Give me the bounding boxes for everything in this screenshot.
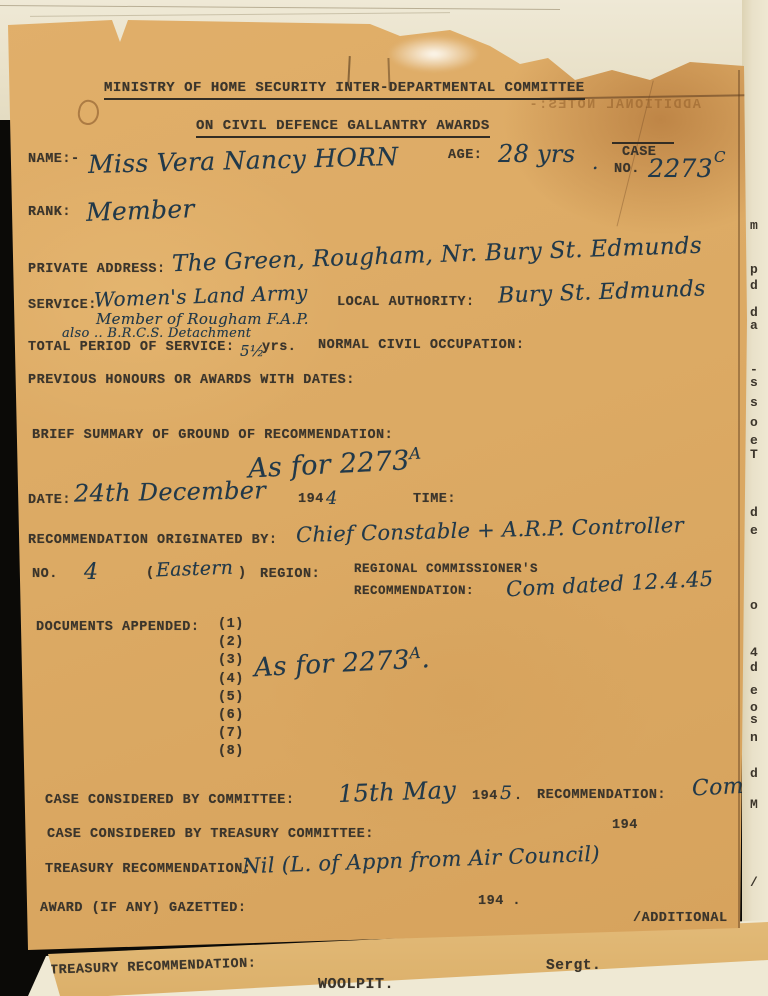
address-label: PRIVATE ADDRESS: <box>28 262 166 277</box>
woolpit-text: WOOLPIT. <box>318 976 394 993</box>
edge-fragment: p <box>750 262 758 277</box>
doc-number: (8) <box>218 743 244 761</box>
committee-year-typed: 194 <box>472 789 498 804</box>
committee-rec-label: RECOMMENDATION: <box>537 788 666 803</box>
treasury-committee-label: CASE CONSIDERED BY TREASURY COMMITTEE: <box>47 827 374 842</box>
additional-note: /ADDITIONAL <box>633 911 728 926</box>
age-value-handwritten: 28 yrs <box>498 140 575 168</box>
edge-fragment: / <box>750 875 758 890</box>
committee-label: CASE CONSIDERED BY COMMITTEE: <box>45 793 294 808</box>
brief-summary-label: BRIEF SUMMARY OF GROUND OF RECOMMENDATIO… <box>32 428 393 443</box>
service-label: SERVICE: <box>28 298 97 313</box>
edge-fragment: d <box>750 766 758 781</box>
documents-value-period: . <box>421 644 431 674</box>
doc-number: (6) <box>218 707 244 725</box>
treasury-committee-year: 194 <box>612 818 638 833</box>
region-paren-close: ) <box>238 566 247 581</box>
time-label: TIME: <box>413 492 456 507</box>
paper-edge-line <box>30 12 450 17</box>
local-authority-value-handwritten: Bury St. Edmunds <box>498 276 706 308</box>
service-value-handwritten: Women's Land Army <box>94 280 308 311</box>
date-value-handwritten: 24th December <box>74 476 267 507</box>
edge-fragment: d <box>750 278 758 293</box>
scanned-document: m p d d a - s s o e T d e o 4 d e o s n … <box>0 0 768 996</box>
committee-date-handwritten: 15th May <box>338 776 457 808</box>
doc-number: (3) <box>218 652 244 670</box>
treasury-rec-value-handwritten: Nil (L. of Appn from Air Council) <box>242 842 601 878</box>
total-period-label: TOTAL PERIOD OF SERVICE: <box>28 340 234 355</box>
award-year: 194 . <box>478 894 521 909</box>
total-period-value-handwritten: 5½ <box>240 342 265 360</box>
doc-number: (2) <box>218 634 244 652</box>
ink-ring-stain <box>76 98 102 127</box>
edge-fragment: 4 <box>750 645 758 660</box>
age-period: . <box>592 150 599 174</box>
edge-fragment: m <box>750 218 758 233</box>
name-label: NAME:- <box>28 152 80 167</box>
documents-value-text: As for 2273 <box>253 645 410 683</box>
doc-number: (7) <box>218 725 244 743</box>
brief-summary-text: As for 2273 <box>247 445 410 484</box>
edge-fragment: e <box>750 433 758 448</box>
form-title-line2: ON CIVIL DEFENCE GALLANTRY AWARDS <box>196 118 490 138</box>
age-label: AGE: <box>448 148 482 163</box>
local-authority-label: LOCAL AUTHORITY: <box>337 295 475 310</box>
regional-commissioner-label-line2: RECOMMENDATION: <box>354 584 474 598</box>
region-label: REGION: <box>260 567 320 582</box>
brief-summary-value-handwritten: As for 2273A <box>247 443 422 484</box>
regional-commissioner-label-line1: REGIONAL COMMISSIONER'S <box>354 562 538 576</box>
edge-fragment: o <box>750 415 758 430</box>
mirrored-stamp-text: ADDITIONAL NOTES:- <box>528 98 701 113</box>
originated-label: RECOMMENDATION ORIGINATED BY: <box>28 533 277 548</box>
main-form-page: ADDITIONAL NOTES:- MINISTRY OF HOME SECU… <box>0 0 768 996</box>
edge-fragment: s <box>750 395 758 410</box>
committee-year-period: . <box>514 789 523 804</box>
award-label: AWARD (IF ANY) GAZETTED: <box>40 901 246 916</box>
documents-value-handwritten: As for 2273A. <box>253 643 430 683</box>
occupation-label: NORMAL CIVIL OCCUPATION: <box>318 338 524 353</box>
region-paren-open: ( <box>146 566 155 581</box>
doc-number: (1) <box>218 616 244 634</box>
region-value-handwritten: Eastern <box>156 557 234 582</box>
treasury-rec-label: TREASURY RECOMMENDATION: <box>45 862 251 877</box>
sergt-text: Sergt. <box>546 958 601 974</box>
doc-number: (5) <box>218 689 244 707</box>
rank-value-handwritten: Member <box>86 194 196 227</box>
edge-fragment: e <box>750 683 758 698</box>
underlying-paper-right <box>742 0 768 996</box>
edge-fragment: n <box>750 730 758 745</box>
edge-fragment: a <box>750 318 758 333</box>
brief-summary-sup: A <box>409 443 422 463</box>
form-title-line1: MINISTRY OF HOME SECURITY INTER-DEPARTME… <box>104 80 585 100</box>
case-no-label: NO. <box>614 162 640 177</box>
edge-fragment: e <box>750 523 758 538</box>
edge-fragment: M <box>750 797 758 812</box>
documents-number-column: (1) (2) (3) (4) (5) (6) (7) (8) <box>218 616 244 762</box>
torn-paper-fibres <box>388 36 480 72</box>
edge-fragment: d <box>750 660 758 675</box>
edge-fragment: d <box>750 505 758 520</box>
name-value-handwritten: Miss Vera Nancy HORN <box>88 142 399 179</box>
region-no-label: NO. <box>32 567 58 582</box>
case-no-suffix-handwritten: C <box>714 148 726 166</box>
previous-honours-label: PREVIOUS HONOURS OR AWARDS WITH DATES: <box>28 373 355 388</box>
edge-fragment: s <box>750 712 758 727</box>
originated-value-handwritten: Chief Constable + A.R.P. Controller <box>296 513 684 547</box>
date-year-typed: 194 <box>298 492 324 507</box>
edge-fragment: s <box>750 375 758 390</box>
rank-label: RANK: <box>28 205 71 220</box>
paper-edge-line <box>0 5 560 10</box>
edge-fragment: o <box>750 598 758 613</box>
case-no-value-handwritten: 2273 <box>648 154 713 183</box>
address-value-handwritten: The Green, Rougham, Nr. Bury St. Edmunds <box>172 233 703 277</box>
doc-number: (4) <box>218 671 244 689</box>
edge-fragment: T <box>750 447 758 462</box>
under-treasury-label: TREASURY RECOMMENDATION: <box>50 956 257 978</box>
committee-year-handwritten: 5 <box>500 782 512 804</box>
documents-label: DOCUMENTS APPENDED: <box>36 620 199 635</box>
total-period-units: yrs. <box>262 340 296 355</box>
date-year-handwritten: 4 <box>326 488 338 509</box>
region-no-value-handwritten: 4 <box>84 560 98 585</box>
service-value-line3-handwritten: also .. B.R.C.S. Detachment <box>62 326 251 341</box>
date-label: DATE: <box>28 493 71 508</box>
